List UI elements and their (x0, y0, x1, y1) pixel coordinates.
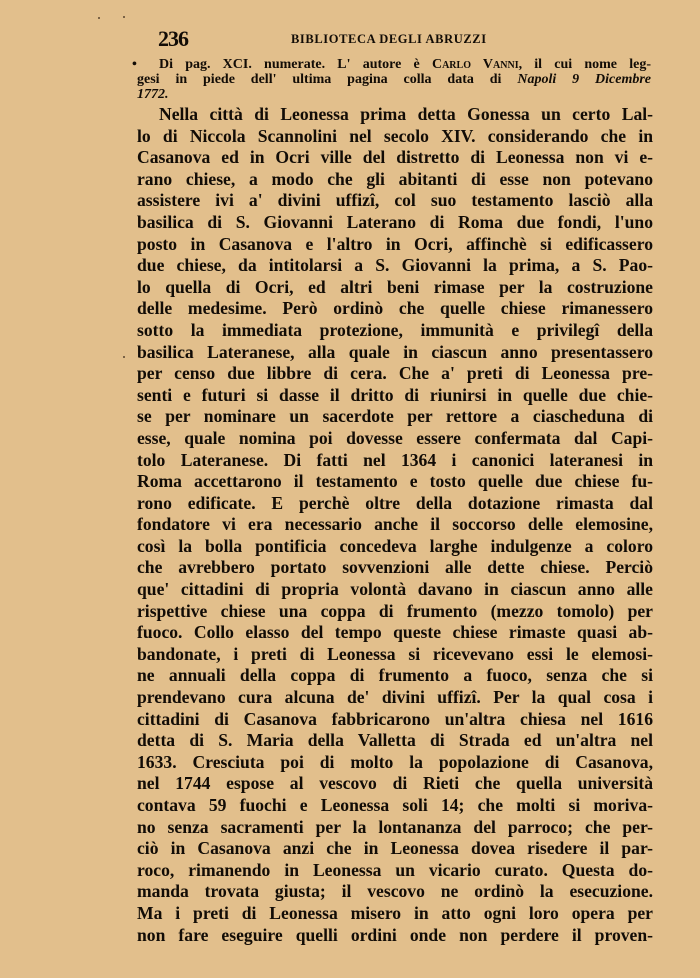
text-line: ciò in Casanova anzi che in Leonessa dov… (137, 838, 653, 860)
text-line: rano chiese, a modo che gli abitanti di … (137, 169, 653, 191)
text-line: senti e futuri si dasse il dritto di riu… (137, 385, 653, 407)
page-header: 236 BIBLIOTECA DEGLI ABRUZZI (158, 26, 678, 52)
text-line: Nella città di Leonessa prima detta Gone… (137, 104, 653, 126)
text-line: detta di S. Maria della Valletta di Stra… (137, 730, 653, 752)
footnote-text: Di pag. XCI. numerate. L' autore è (159, 57, 432, 72)
running-title: BIBLIOTECA DEGLI ABRUZZI (291, 32, 487, 47)
footnote-line: Di pag. XCI. numerate. L' autore è Carlo… (137, 57, 651, 72)
text-line: roco, rimanendo in Leonessa un vicario c… (137, 860, 653, 882)
text-line: 1633. Cresciuta poi di molto la popolazi… (137, 752, 653, 774)
footnote-bullet: • (132, 57, 137, 72)
text-line: due chiese, da intitolarsi a S. Giovanni… (137, 255, 653, 277)
text-line: tolo Lateranese. Di fatti nel 1364 i can… (137, 450, 653, 472)
text-line: Roma accettarono il testamento e tosto q… (137, 471, 653, 493)
text-line: delle medesime. Però ordinò che quelle c… (137, 298, 653, 320)
text-line: contava 59 fuochi e Leonessa soli 14; ch… (137, 795, 653, 817)
text-line: que' cittadini di propria volontà davano… (137, 579, 653, 601)
text-line: sotto la immediata protezione, immunità … (137, 320, 653, 342)
text-line: fuoco. Collo elasso del tempo queste chi… (137, 622, 653, 644)
scan-speck (123, 16, 125, 18)
text-line: lo di Niccola Scannolini nel secolo XIV.… (137, 126, 653, 148)
scan-speck (98, 17, 100, 19)
text-line: assistere ivi a' divini uffizî, col suo … (137, 190, 653, 212)
text-line: lo quella di Ocri, ed altri beni rimase … (137, 277, 653, 299)
text-line: bandonate, i preti di Leonessa si riceve… (137, 644, 653, 666)
footnote-line: gesi in piede dell' ultima pagina colla … (137, 72, 651, 87)
text-line: manda trovata giusta; il vescovo ne ordi… (137, 881, 653, 903)
footnote-text: gesi in piede dell' ultima pagina colla … (137, 72, 517, 87)
footnote-text: , il cui nome leg- (519, 57, 651, 72)
text-line: fondatore vi era necessario anche il soc… (137, 514, 653, 536)
text-line: che avrebbero portato sovvenzioni alle d… (137, 557, 653, 579)
text-line: così la bolla pontificia concedeva largh… (137, 536, 653, 558)
text-line: per censo due libbre di cera. Che a' pre… (137, 363, 653, 385)
text-line: posto in Casanova e l'altro in Ocri, aff… (137, 234, 653, 256)
text-line: rono edificate. E perchè oltre della dot… (137, 493, 653, 515)
scanned-book-page: 236 BIBLIOTECA DEGLI ABRUZZI • Di pag. X… (0, 0, 700, 978)
text-line: prendevano cura alcuna de' divini uffizî… (137, 687, 653, 709)
text-line: esse, quale nomina poi dovesse essere co… (137, 428, 653, 450)
text-line: rispettive chiese una coppa di frumento … (137, 601, 653, 623)
text-line: Ma i preti di Leonessa misero in atto og… (137, 903, 653, 925)
text-line: basilica di S. Giovanni Laterano di Roma… (137, 212, 653, 234)
text-line: basilica Lateranese, alla quale in ciasc… (137, 342, 653, 364)
year: 1772. (137, 87, 169, 102)
text-line: nel 1744 espose al vescovo di Rieti che … (137, 773, 653, 795)
footnote: • Di pag. XCI. numerate. L' autore è Car… (137, 57, 651, 102)
body-paragraph: Nella città di Leonessa prima detta Gone… (137, 104, 653, 946)
text-line: cittadini di Casanova fabbricarono un'al… (137, 709, 653, 731)
scan-speck (123, 356, 125, 358)
text-line: Casanova ed in Ocri ville del distretto … (137, 147, 653, 169)
text-line: se per nominare un sacerdote per rettore… (137, 406, 653, 428)
text-line: no senza sacramenti per la lontananza de… (137, 817, 653, 839)
page-number: 236 (158, 26, 188, 52)
footnote-line: 1772. (137, 87, 651, 102)
place-date: Napoli 9 Dicembre (517, 72, 651, 87)
text-line: non fare eseguire quelli ordini onde non… (137, 925, 653, 947)
author-name: Carlo Vanni (432, 57, 519, 72)
text-line: ne annuali della coppa di frumento a fuo… (137, 665, 653, 687)
